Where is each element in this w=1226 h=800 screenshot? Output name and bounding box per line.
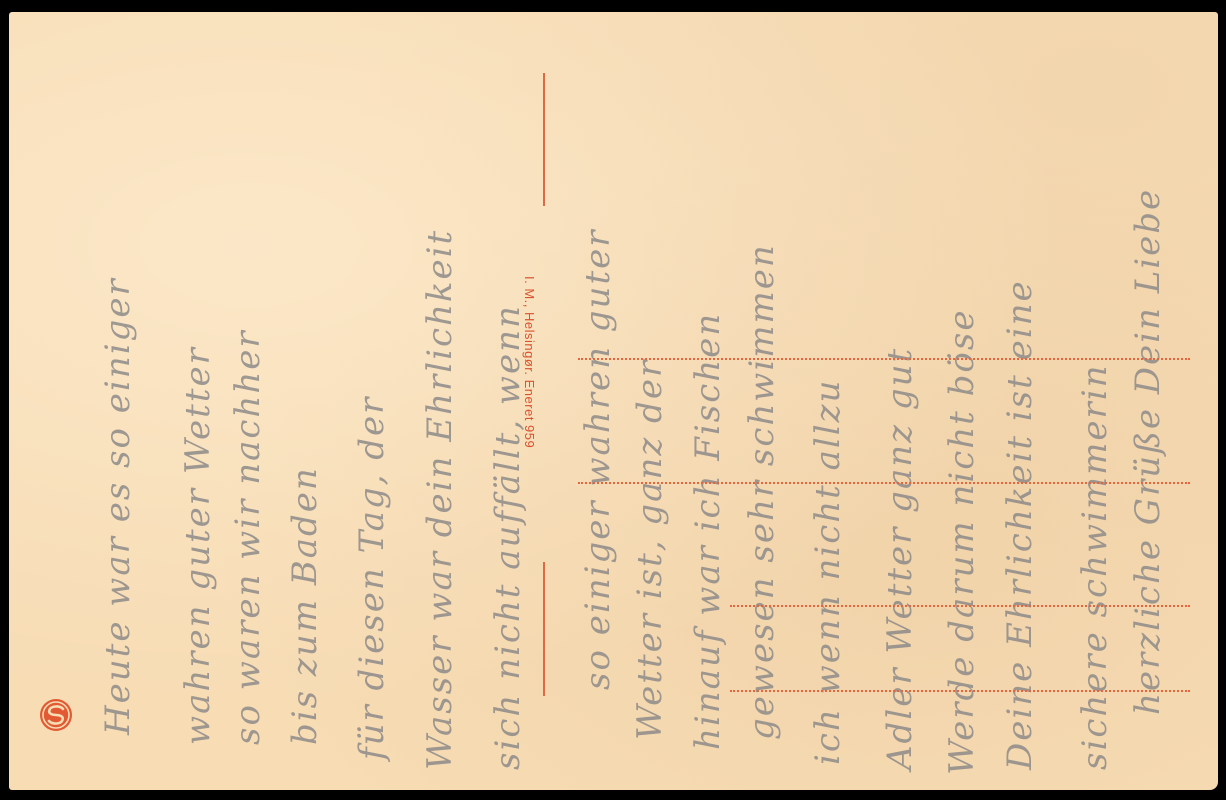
handwriting-line-12: ich wenn nicht allzu xyxy=(808,379,848,765)
publisher-logo-icon xyxy=(39,698,73,732)
divider-line-top xyxy=(543,73,545,206)
handwriting-line-16: sichere schwimmerin xyxy=(1075,363,1115,770)
handwriting-line-15: Deine Ehrlichkeit ist eine xyxy=(1000,279,1040,770)
publisher-imprint: I. M., Helsingør. Eneret 959 xyxy=(522,276,537,448)
divider-line-bottom xyxy=(543,562,545,696)
address-line-3 xyxy=(730,605,1190,607)
address-line-4 xyxy=(730,690,1190,692)
handwriting-line-3: so waren wir nachher xyxy=(228,329,268,745)
handwriting-line-1: Heute war es so einiger xyxy=(98,277,138,735)
handwriting-line-8: so einiger wahren guter xyxy=(578,229,618,691)
handwriting-line-17: herzliche Grüße Dein Liebe xyxy=(1128,188,1168,715)
handwriting-line-10: hinauf war ich Fischen xyxy=(688,312,728,750)
handwriting-line-11: gewesen sehr schwimmen xyxy=(742,243,782,740)
handwriting-line-6: Wasser war dein Ehrlichkeit xyxy=(420,229,460,770)
handwriting-line-13: Adler Wetter ganz gut xyxy=(880,347,920,770)
handwriting-line-9: Wetter ist, ganz der xyxy=(630,359,670,740)
handwriting-line-4: bis zum Baden xyxy=(285,466,325,745)
address-line-1 xyxy=(578,358,1190,360)
handwriting-line-14: Werde darum nicht böse xyxy=(942,309,982,775)
address-line-2 xyxy=(578,482,1190,484)
handwriting-line-2: wahren guter Wetter xyxy=(178,346,218,745)
handwriting-line-5: für diesen Tag, der xyxy=(352,396,392,760)
